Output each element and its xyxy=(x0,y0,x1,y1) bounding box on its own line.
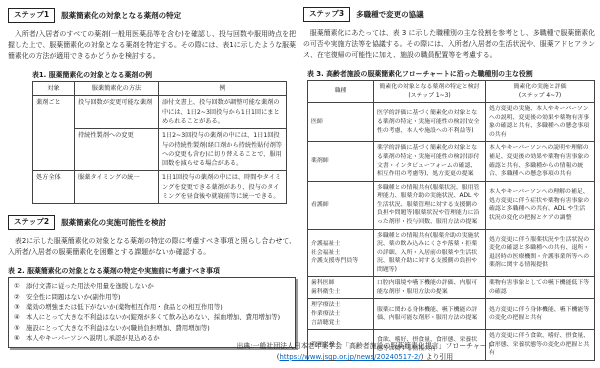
table3-cell-exec: 本人やキーパーソンへの説明や理解の補足、変更後の効果や薬物有害事象の確認と共有、… xyxy=(486,142,595,181)
table1-cell-example: 添付文書上、投与回数が調整可能な薬剤の中には、1日2~3回投与から1日1回にまと… xyxy=(159,96,287,129)
table3-cell-plan: 多職種との情報共有(服薬介助の実施状況、薬の飲み込みにくさや落薬・拒薬の詳細、入… xyxy=(374,229,486,277)
list-item: ② 安全性に問題はないか(副作用等) xyxy=(14,292,290,302)
left-column: ステップ1 服薬簡素化の対象となる薬剤の特定 入所者/入居者のすべての薬剤(一般… xyxy=(8,8,296,348)
source-citation: 出典:一般社団法人日本老年薬学会「高齢者施設の服薬簡素化提言」フローチャート (… xyxy=(135,341,595,362)
table3-cell-plan: 服薬に関わる身体機能、嚥下機能の評価、内服可能な剤形・服用方法の提案 xyxy=(374,299,486,330)
table-row: 医師 医学的評価に基づく簡素化の対象となる薬剤の特定・実施可能性の検討(安全性の… xyxy=(308,103,595,142)
source-line1: 出典:一般社団法人日本老年薬学会「高齢者施設の服薬簡素化提言」フローチャート xyxy=(135,341,595,352)
list-item: ① 添付文書に従った用法や用量を逸脱しないか xyxy=(14,281,290,291)
source-suffix: ) より引用 xyxy=(421,353,453,361)
item-text: 安全性に問題はないか(副作用等) xyxy=(26,292,290,302)
step1-header: ステップ1 服薬簡素化の対象となる薬剤の特定 xyxy=(8,8,296,23)
table1-cell-method: 服薬タイミングの統一 xyxy=(75,171,159,204)
table3-cell-role: 介護福祉士 社会福祉士 介護支援専門員等 xyxy=(308,229,374,277)
step2-paragraph: 表2に示した服薬簡素化の対象となる薬剤の特定の際に考慮すべき事項と照らし合わせて… xyxy=(8,236,296,258)
step1-badge: ステップ1 xyxy=(8,8,55,23)
table3-title: 表 3. 高齢者施設の服薬簡素化フローチャートに沿った職種別の主な役割 xyxy=(307,68,595,78)
right-column: ステップ3 多職種で変更の協議 服薬簡素化にあたっては、表 3 に示した職種別の… xyxy=(303,7,595,361)
step2-section: ステップ2 服薬簡素化の実施可能性を検討 表2に示した服薬簡素化の対象となる薬剤… xyxy=(8,215,296,348)
table3-section: 表 3. 高齢者施設の服薬簡素化フローチャートに沿った職種別の主な役割 職種 簡… xyxy=(307,68,595,361)
table3-cell-plan: 多職種との情報共有(服薬状況、服用管理能力、服薬介助の実施状況、ADL や生活状… xyxy=(374,181,486,229)
table1-title: 表1. 服薬簡素化の対象となる薬剤の例 xyxy=(32,69,296,79)
table1-section: 表1. 服薬簡素化の対象となる薬剤の例 対象 服薬簡素化の方法 例 薬剤ごと 投… xyxy=(32,69,296,204)
table-row: 薬剤師 薬学的評価に基づく簡素化の対象となる薬剤の特定・実施可能性の検討(添付文… xyxy=(308,142,595,181)
table1-cell-method: 投与回数が変更可能な薬剤 xyxy=(75,96,159,129)
table3-header-role: 職種 xyxy=(308,81,374,103)
table3-cell-exec: 処方変更の実施、本人やキーパーソンへの説明、変更後の効果や薬物有害事象の確認と共… xyxy=(486,103,595,142)
step1-paragraph: 入所者/入居者のすべての薬剤(一般用医薬品等を含む)を確認し、投与回数や服用時点… xyxy=(8,29,296,63)
table1-header-row: 対象 服薬簡素化の方法 例 xyxy=(33,82,287,96)
item-number: ⑤ xyxy=(14,323,26,333)
table-row: 看護師 多職種との情報共有(服薬状況、服用管理能力、服薬介助の実施状況、ADL … xyxy=(308,181,595,229)
item-text: 施設にとって大きな不利益はないか(職員負担増加、費用増加等) xyxy=(26,323,290,333)
step2-badge: ステップ2 xyxy=(8,215,55,230)
table1-header-example: 例 xyxy=(159,82,287,96)
step1-title: 服薬簡素化の対象となる薬剤の特定 xyxy=(61,10,181,21)
table3-cell-plan: 口腔内環境や嚥下機能の評価、内服可能な剤形・服用方法の提案 xyxy=(374,277,486,299)
table3-cell-role: 歯科医師 歯科衛生士 xyxy=(308,277,374,299)
table1: 対象 服薬簡素化の方法 例 薬剤ごと 投与回数が変更可能な薬剤 添付文書上、投与… xyxy=(32,81,287,204)
list-item: ④ 本人にとって大きな不利益はないか(錠剤が多くて飲み込めない、採血増加、費用増… xyxy=(14,312,290,322)
item-text: 添付文書に従った用法や用量を逸脱しないか xyxy=(26,281,290,291)
step3-paragraph: 服薬簡素化にあたっては、表 3 に示した職種別の主な役割を参考とし、多職種で服薬… xyxy=(303,28,595,62)
step2-title: 服薬簡素化の実施可能性を検討 xyxy=(61,217,166,228)
source-line2: (https://www.jsgp.or.jp/news/20240517-2/… xyxy=(135,352,595,363)
list-item: ⑤ 施設にとって大きな不利益はないか(職員負担増加、費用増加等) xyxy=(14,323,290,333)
table-row: 歯科医師 歯科衛生士 口腔内環境や嚥下機能の評価、内服可能な剤形・服用方法の提案… xyxy=(308,277,595,299)
step3-header: ステップ3 多職種で変更の協議 xyxy=(303,7,595,22)
table3-cell-exec: 薬物有害事象としての嚥下機能低下等の確認 xyxy=(486,277,595,299)
item-number: ⑥ xyxy=(14,333,26,343)
item-number: ① xyxy=(14,281,26,291)
table1-header-method: 服薬簡素化の方法 xyxy=(75,82,159,96)
table1-cell-target: 薬剤ごと xyxy=(33,96,75,171)
item-text: 本人にとって大きな不利益はないか(錠剤が多くて飲み込めない、採血増加、費用増加等… xyxy=(26,312,290,322)
source-url-link[interactable]: https://www.jsgp.or.jp/news/20240517-2/ xyxy=(280,353,421,361)
table3-cell-role: 看護師 xyxy=(308,181,374,229)
table3-cell-exec: 処方変更に伴う服薬状況や生活状況の変化の確認と多職種への共有、退所・退居時の医療… xyxy=(486,229,595,277)
table-row: 理学療法士 作業療法士 言語聴覚士 服薬に関わる身体機能、嚥下機能の評価、内服可… xyxy=(308,299,595,330)
table-row: 薬剤ごと 投与回数が変更可能な薬剤 添付文書上、投与回数が調整可能な薬剤の中には… xyxy=(33,96,287,129)
step2-header: ステップ2 服薬簡素化の実施可能性を検討 xyxy=(8,215,296,230)
step3-badge: ステップ3 xyxy=(303,7,350,22)
table1-cell-target: 処方全体 xyxy=(33,171,75,204)
table-row: 介護福祉士 社会福祉士 介護支援専門員等 多職種との情報共有(服薬介助の実施状況… xyxy=(308,229,595,277)
table2-title: 表 2. 服薬簡素化の対象となる薬剤の特定や実施前に考慮すべき事項 xyxy=(8,265,296,275)
table3-header-row: 職種 簡素化の対象となる薬剤の特定と検討 (ステップ 1~3) 簡素化の実施と評… xyxy=(308,81,595,103)
table1-header-target: 対象 xyxy=(33,82,75,96)
table1-cell-example: 1日2~3回投与の薬剤の中には、1日1回投与の持続性製剤(経口剤から持続性貼付剤… xyxy=(159,129,287,171)
table2-box: ① 添付文書に従った用法や用量を逸脱しないか ② 安全性に問題はないか(副作用等… xyxy=(8,277,296,348)
table3-header-exec: 簡素化の実施と評価 (ステップ 4~7) xyxy=(486,81,595,103)
table-row: 処方全体 服薬タイミングの統一 1日1回投与の薬剤の中には、時間やタイミングを変… xyxy=(33,171,287,204)
step3-title: 多職種で変更の協議 xyxy=(356,9,424,20)
table3-cell-exec: 本人やキーパーソンへの理解の補足、処方変更に伴う症状や薬物有害事象の確認と多職種… xyxy=(486,181,595,229)
list-item: ③ 薬効の増強または低下がないか(薬物相互作用・食品との相互作用等) xyxy=(14,302,290,312)
table3-cell-role: 理学療法士 作業療法士 言語聴覚士 xyxy=(308,299,374,330)
table3-cell-plan: 薬学的評価に基づく簡素化の対象となる薬剤の特定・実施可能性の検討(添付文書・イン… xyxy=(374,142,486,181)
table3-cell-role: 薬剤師 xyxy=(308,142,374,181)
item-number: ③ xyxy=(14,302,26,312)
table3-cell-role: 医師 xyxy=(308,103,374,142)
item-text: 薬効の増強または低下がないか(薬物相互作用・食品との相互作用等) xyxy=(26,302,290,312)
table3-cell-exec: 処方変更に伴う身体機能、嚥下機能等の変化の把握と共有 xyxy=(486,299,595,330)
item-number: ④ xyxy=(14,312,26,322)
table3-cell-plan: 医学的評価に基づく簡素化の対象となる薬剤の特定・実施可能性の検討(安全性の考慮、… xyxy=(374,103,486,142)
table1-cell-example: 1日1回投与の薬剤の中には、時間やタイミングを変更できる薬剤があり、投与のタイミ… xyxy=(159,171,287,204)
item-number: ② xyxy=(14,292,26,302)
table3-header-plan: 簡素化の対象となる薬剤の特定と検討 (ステップ 1~3) xyxy=(374,81,486,103)
table3: 職種 簡素化の対象となる薬剤の特定と検討 (ステップ 1~3) 簡素化の実施と評… xyxy=(307,80,595,361)
table1-cell-method: 持続性製剤への変更 xyxy=(75,129,159,171)
